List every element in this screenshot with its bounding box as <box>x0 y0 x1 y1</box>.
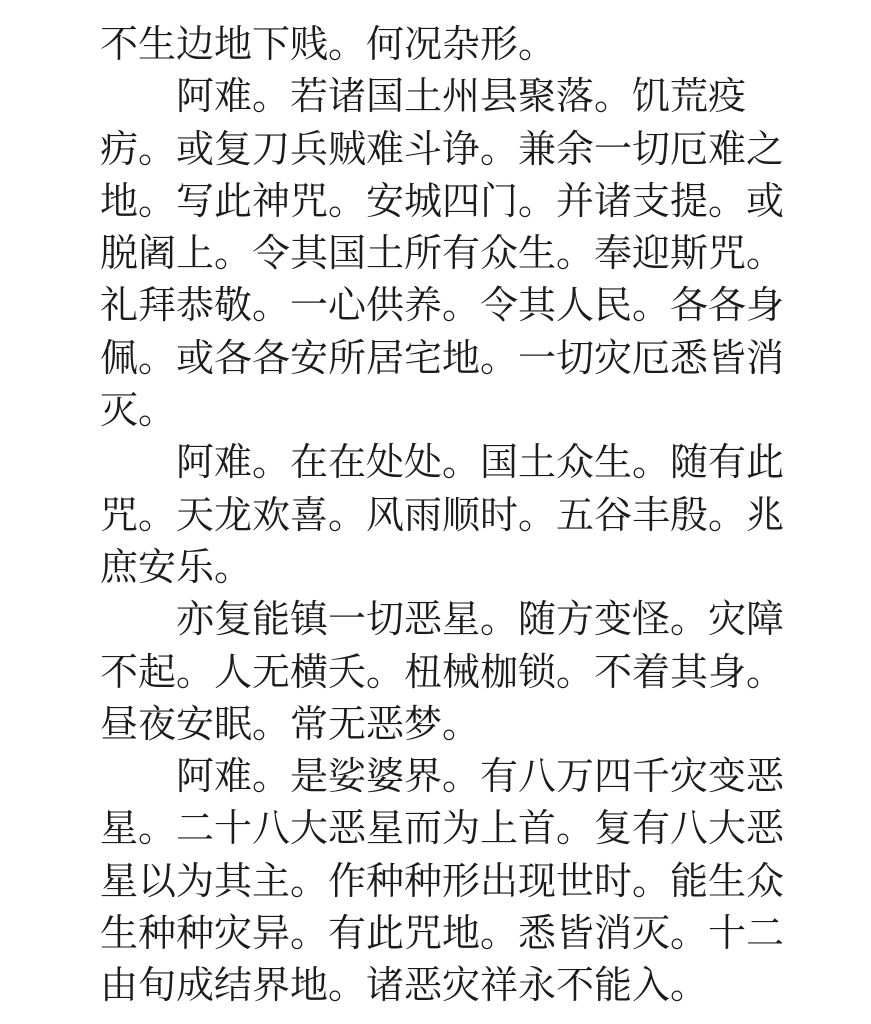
text-line: 地。写此神咒。安城四门。并诸支提。或 <box>100 176 786 228</box>
text-line: 由旬成结界地。诸恶灾祥永不能入。 <box>100 960 786 1012</box>
document-page: 不生边地下贱。何况杂形。 阿难。若诸国土州县聚落。饥荒疫 疠。或复刀兵贼难斗诤。… <box>0 0 871 1024</box>
text-line: 阿难。是娑婆界。有八万四千灾变恶 <box>100 751 786 803</box>
text-line: 疠。或复刀兵贼难斗诤。兼余一切厄难之 <box>100 124 786 176</box>
text-line: 阿难。在在处处。国土众生。随有此 <box>100 437 786 489</box>
text-line: 不生边地下贱。何况杂形。 <box>100 19 786 71</box>
text-line: 亦复能镇一切恶星。随方变怪。灾障 <box>100 594 786 646</box>
text-line: 不起。人无横夭。杻械枷锁。不着其身。 <box>100 647 786 699</box>
text-line: 生种种灾异。有此咒地。悉皆消灭。十二 <box>100 908 786 960</box>
text-line: 脱阇上。令其国土所有众生。奉迎斯咒。 <box>100 228 786 280</box>
text-line: 星。二十八大恶星而为上首。复有八大恶 <box>100 803 786 855</box>
text-line: 昼夜安眠。常无恶梦。 <box>100 699 786 751</box>
text-line: 佩。或各各安所居宅地。一切灾厄悉皆消 <box>100 333 786 385</box>
sutra-text-block: 不生边地下贱。何况杂形。 阿难。若诸国土州县聚落。饥荒疫 疠。或复刀兵贼难斗诤。… <box>100 19 786 1013</box>
text-line: 庶安乐。 <box>100 542 786 594</box>
text-line: 礼拜恭敬。一心供养。令其人民。各各身 <box>100 280 786 332</box>
text-line: 咒。天龙欢喜。风雨顺时。五谷丰殷。兆 <box>100 490 786 542</box>
text-line: 阿难。若诸国土州县聚落。饥荒疫 <box>100 71 786 123</box>
text-line: 星以为其主。作种种形出现世时。能生众 <box>100 856 786 908</box>
text-line: 灭。 <box>100 385 786 437</box>
